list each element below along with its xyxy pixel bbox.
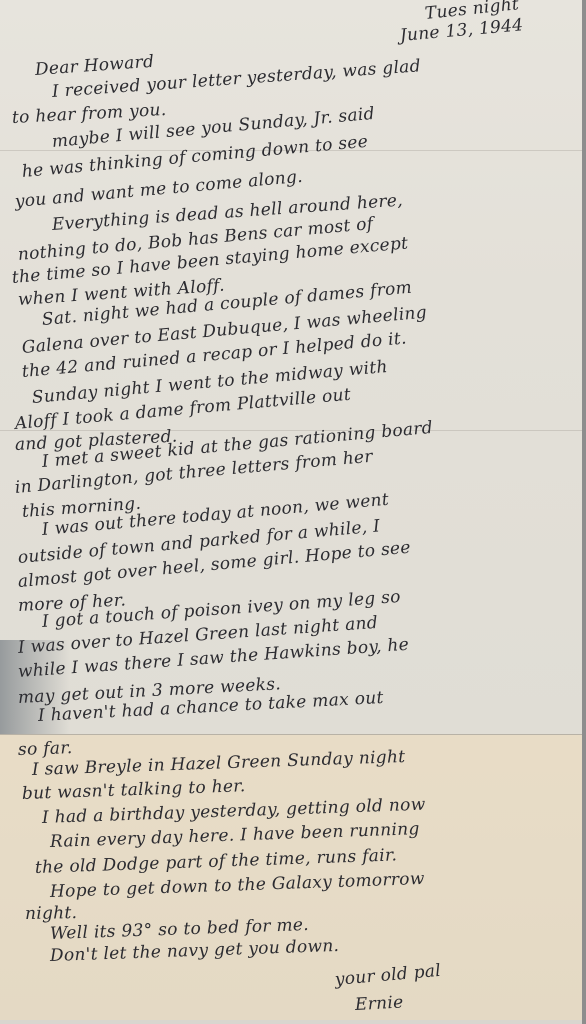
letter-line: so far. — [18, 738, 73, 760]
page-edge — [582, 0, 586, 1024]
letter-line: night. — [25, 903, 78, 924]
signature: Ernie — [354, 992, 403, 1015]
